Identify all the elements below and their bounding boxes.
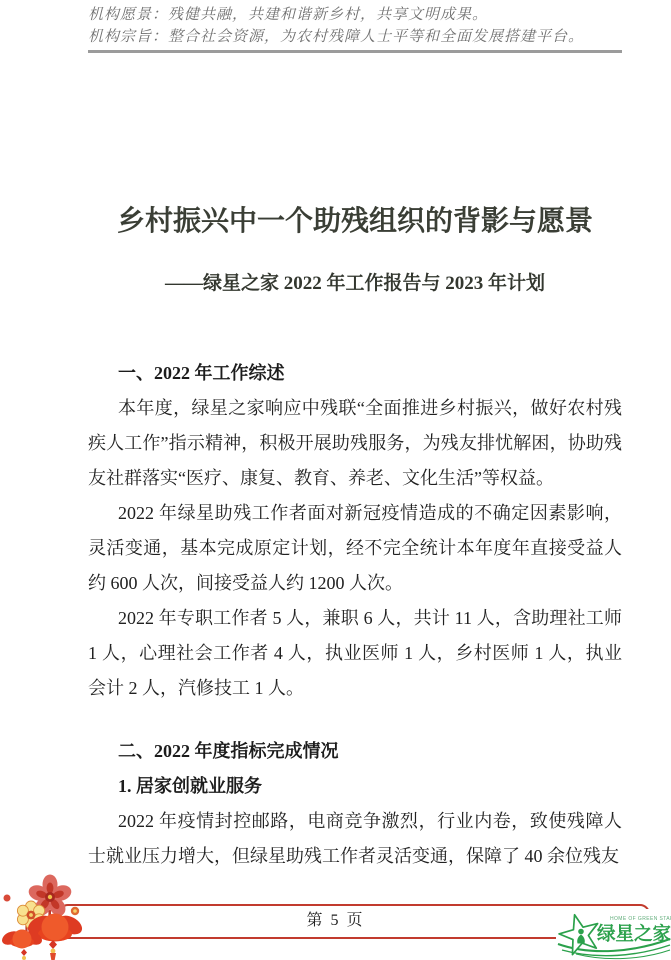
section-1: 一、2022 年工作综述 本年度，绿星之家响应中残联“全面推进乡村振兴，做好农村… bbox=[88, 356, 622, 706]
section-1-heading: 一、2022 年工作综述 bbox=[88, 356, 622, 391]
page-header: 机构愿景：残健共融，共建和谐新乡村，共享文明成果。 机构宗旨：整合社会资源，为农… bbox=[88, 4, 622, 53]
section-2-heading: 二、2022 年度指标完成情况 bbox=[88, 734, 622, 769]
flower-ornament-icon bbox=[0, 872, 112, 960]
logo-tagline: HOME OF GREEN STAR bbox=[610, 916, 671, 922]
header-vision-line: 机构愿景：残健共融，共建和谐新乡村，共享文明成果。 bbox=[88, 4, 622, 26]
green-star-logo: HOME OF GREEN STAR 绿星之家 bbox=[552, 893, 671, 960]
orange-bud-icon bbox=[71, 907, 79, 915]
document-body: 一、2022 年工作综述 本年度，绿星之家响应中残联“全面推进乡村振兴，做好农村… bbox=[88, 356, 622, 874]
section-2-subheading: 1. 居家创就业服务 bbox=[88, 769, 622, 804]
lantern-tassel-icon bbox=[49, 940, 57, 960]
section-2-paragraph-1: 2022 年疫情封控邮路，电商竞争激烈，行业内卷，致使残障人士就业压力增大，但绿… bbox=[88, 804, 622, 874]
section-1-paragraph-1: 本年度，绿星之家响应中残联“全面推进乡村振兴，做好农村残疾人工作”指示精神，积极… bbox=[88, 391, 622, 496]
header-mission-line: 机构宗旨：整合社会资源，为农村残障人士平等和全面发展搭建平台。 bbox=[88, 26, 622, 48]
document-subtitle: ——绿星之家 2022 年工作报告与 2023 年计划 bbox=[88, 266, 622, 302]
document-title: 乡村振兴中一个助残组织的背影与愿景 bbox=[88, 202, 622, 242]
document-page: 机构愿景：残健共融，共建和谐新乡村，共享文明成果。 机构宗旨：整合社会资源，为农… bbox=[0, 0, 671, 960]
logo-wordmark: 绿星之家 bbox=[597, 923, 671, 944]
flower-dot-icon bbox=[4, 895, 11, 902]
section-1-paragraph-2: 2022 年绿星助残工作者面对新冠疫情造成的不确定因素影响，灵活变通，基本完成原… bbox=[88, 496, 622, 601]
section-2: 二、2022 年度指标完成情况 1. 居家创就业服务 2022 年疫情封控邮路，… bbox=[88, 734, 622, 874]
section-1-paragraph-3: 2022 年专职工作者 5 人，兼职 6 人，共计 11 人，含助理社工师 1 … bbox=[88, 601, 622, 706]
lantern-tassel-icon bbox=[21, 949, 27, 960]
